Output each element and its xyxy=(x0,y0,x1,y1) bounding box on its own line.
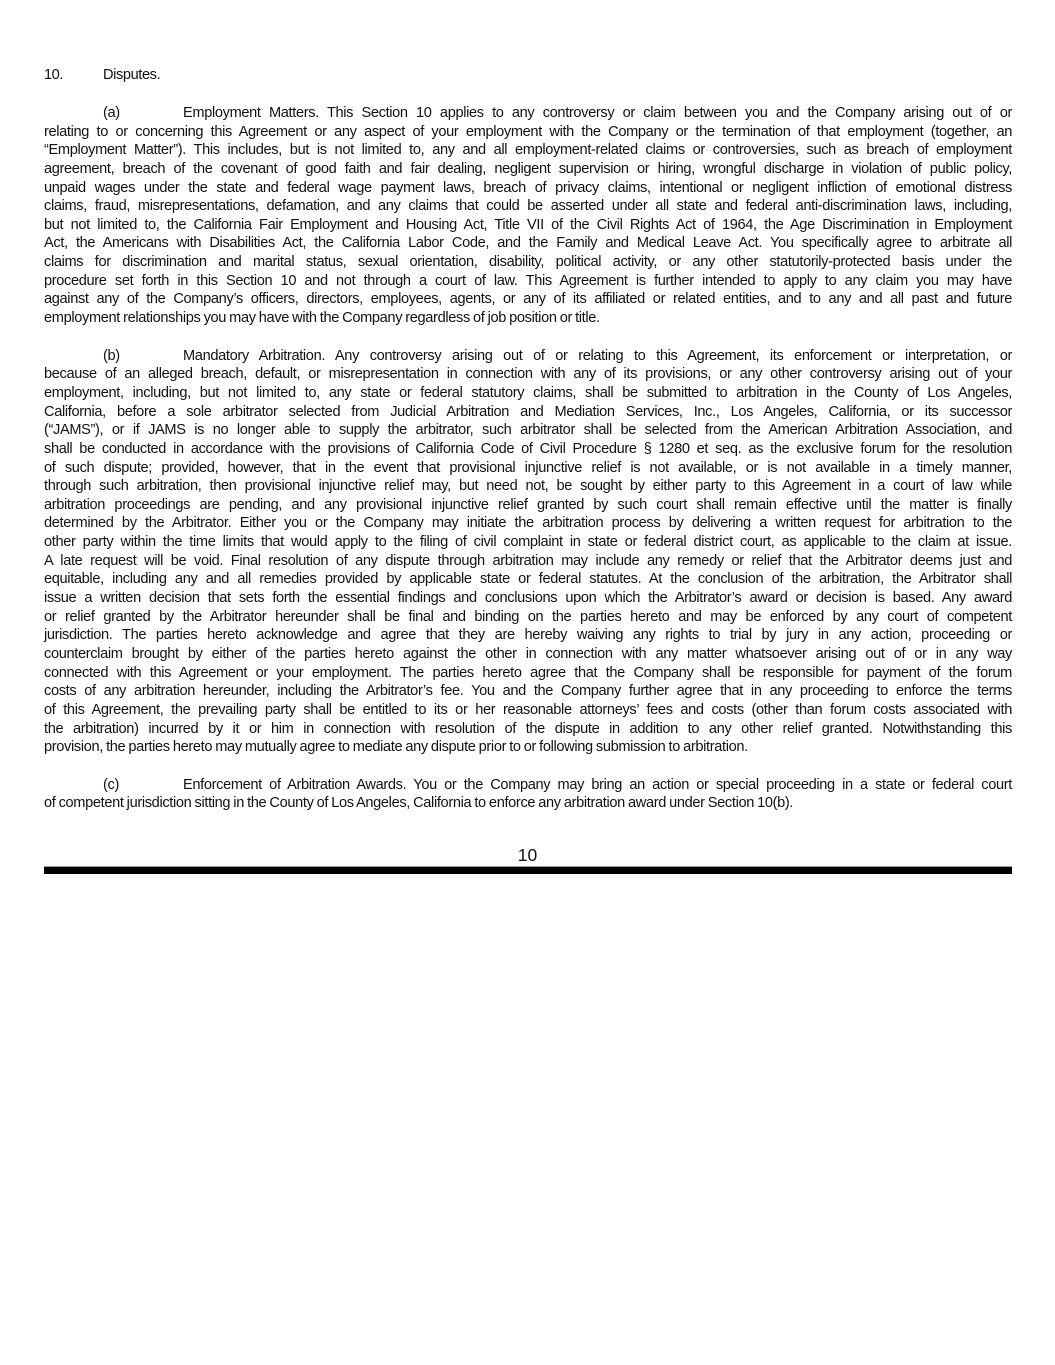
paragraph-line: employment, including, but not limited t… xyxy=(44,384,1012,403)
paragraph-first-line: (c) Enforcement of Arbitration Awards. Y… xyxy=(44,776,1014,795)
paragraph-lead-text: Employment Matters. This Section 10 appl… xyxy=(183,104,1012,123)
paragraph-line: connected with this Agreement or your em… xyxy=(44,664,1012,683)
document-body: 10. Disputes. (a) Employment Matters. Th… xyxy=(44,66,1014,813)
paragraph-first-line: (a) Employment Matters. This Section 10 … xyxy=(44,104,1014,123)
paragraph-label: (c) xyxy=(103,776,119,795)
paragraph-line: unpaid wages under the state and federal… xyxy=(44,179,1012,198)
page-number: 10 xyxy=(0,844,1055,866)
footer-rule xyxy=(44,866,1012,874)
paragraph-line: issue a written decision that sets forth… xyxy=(44,589,1012,608)
paragraph-line: California, before a sole arbitrator sel… xyxy=(44,403,1012,422)
paragraph-line: counterclaim brought by either of the pa… xyxy=(44,645,1012,664)
paragraph-a: (a) Employment Matters. This Section 10 … xyxy=(44,104,1014,328)
paragraph-line: against any of the Company’s officers, d… xyxy=(44,290,1012,309)
paragraph-line: procedure set forth in this Section 10 a… xyxy=(44,272,1012,291)
paragraph-line: because of an alleged breach, default, o… xyxy=(44,365,1012,384)
paragraph-line: A late request will be void. Final resol… xyxy=(44,552,1012,571)
paragraph-line: relating to or concerning this Agreement… xyxy=(44,123,1012,142)
paragraph-line: jurisdiction. The parties hereto acknowl… xyxy=(44,626,1012,645)
paragraph-line: claims, fraud, misrepresentations, defam… xyxy=(44,197,1012,216)
paragraph-lead-text: Mandatory Arbitration. Any controversy a… xyxy=(183,347,1012,366)
paragraph-line: claims for discrimination and marital st… xyxy=(44,253,1012,272)
paragraph-line: but not limited to, the California Fair … xyxy=(44,216,1012,235)
paragraph-line: arbitration proceedings are pending, and… xyxy=(44,496,1012,515)
paragraph-line: of competent jurisdiction sitting in the… xyxy=(44,794,1014,813)
paragraph-label: (a) xyxy=(103,104,120,123)
paragraph-line: agreement, breach of the covenant of goo… xyxy=(44,160,1012,179)
section-number: 10. xyxy=(44,66,63,85)
paragraph-line: of such dispute; provided, however, that… xyxy=(44,459,1012,478)
section-title: Disputes. xyxy=(103,66,160,85)
paragraph-line: or relief granted by the Arbitrator here… xyxy=(44,608,1012,627)
paragraph-lead-text: Enforcement of Arbitration Awards. You o… xyxy=(183,776,1012,795)
paragraph-line: Act, the Americans with Disabilities Act… xyxy=(44,234,1012,253)
section-heading: 10. Disputes. xyxy=(44,66,1014,85)
paragraph-line: equitable, including any and all remedie… xyxy=(44,570,1012,589)
paragraph-line: employment relationships you may have wi… xyxy=(44,309,1014,328)
paragraph-line: determined by the Arbitrator. Either you… xyxy=(44,514,1012,533)
document-page: 10. Disputes. (a) Employment Matters. Th… xyxy=(0,0,1055,1365)
paragraph-line: costs of any arbitration hereunder, incl… xyxy=(44,682,1012,701)
paragraph-c: (c) Enforcement of Arbitration Awards. Y… xyxy=(44,776,1014,813)
paragraph-line: of this Agreement, the prevailing party … xyxy=(44,701,1012,720)
paragraph-line: other party within the time limits that … xyxy=(44,533,1012,552)
paragraph-line: (“JAMS”), or if JAMS is no longer able t… xyxy=(44,421,1012,440)
paragraph-line: the arbitration) incurred by it or him i… xyxy=(44,720,1012,739)
paragraph-line: through such arbitration, then provision… xyxy=(44,477,1012,496)
paragraph-line: “Employment Matter”). This includes, but… xyxy=(44,141,1012,160)
paragraph-b: (b) Mandatory Arbitration. Any controver… xyxy=(44,347,1014,757)
paragraph-first-line: (b) Mandatory Arbitration. Any controver… xyxy=(44,347,1014,366)
paragraph-line: provision, the parties hereto may mutual… xyxy=(44,738,1014,757)
paragraph-label: (b) xyxy=(103,347,120,366)
paragraph-line: shall be conducted in accordance with th… xyxy=(44,440,1012,459)
